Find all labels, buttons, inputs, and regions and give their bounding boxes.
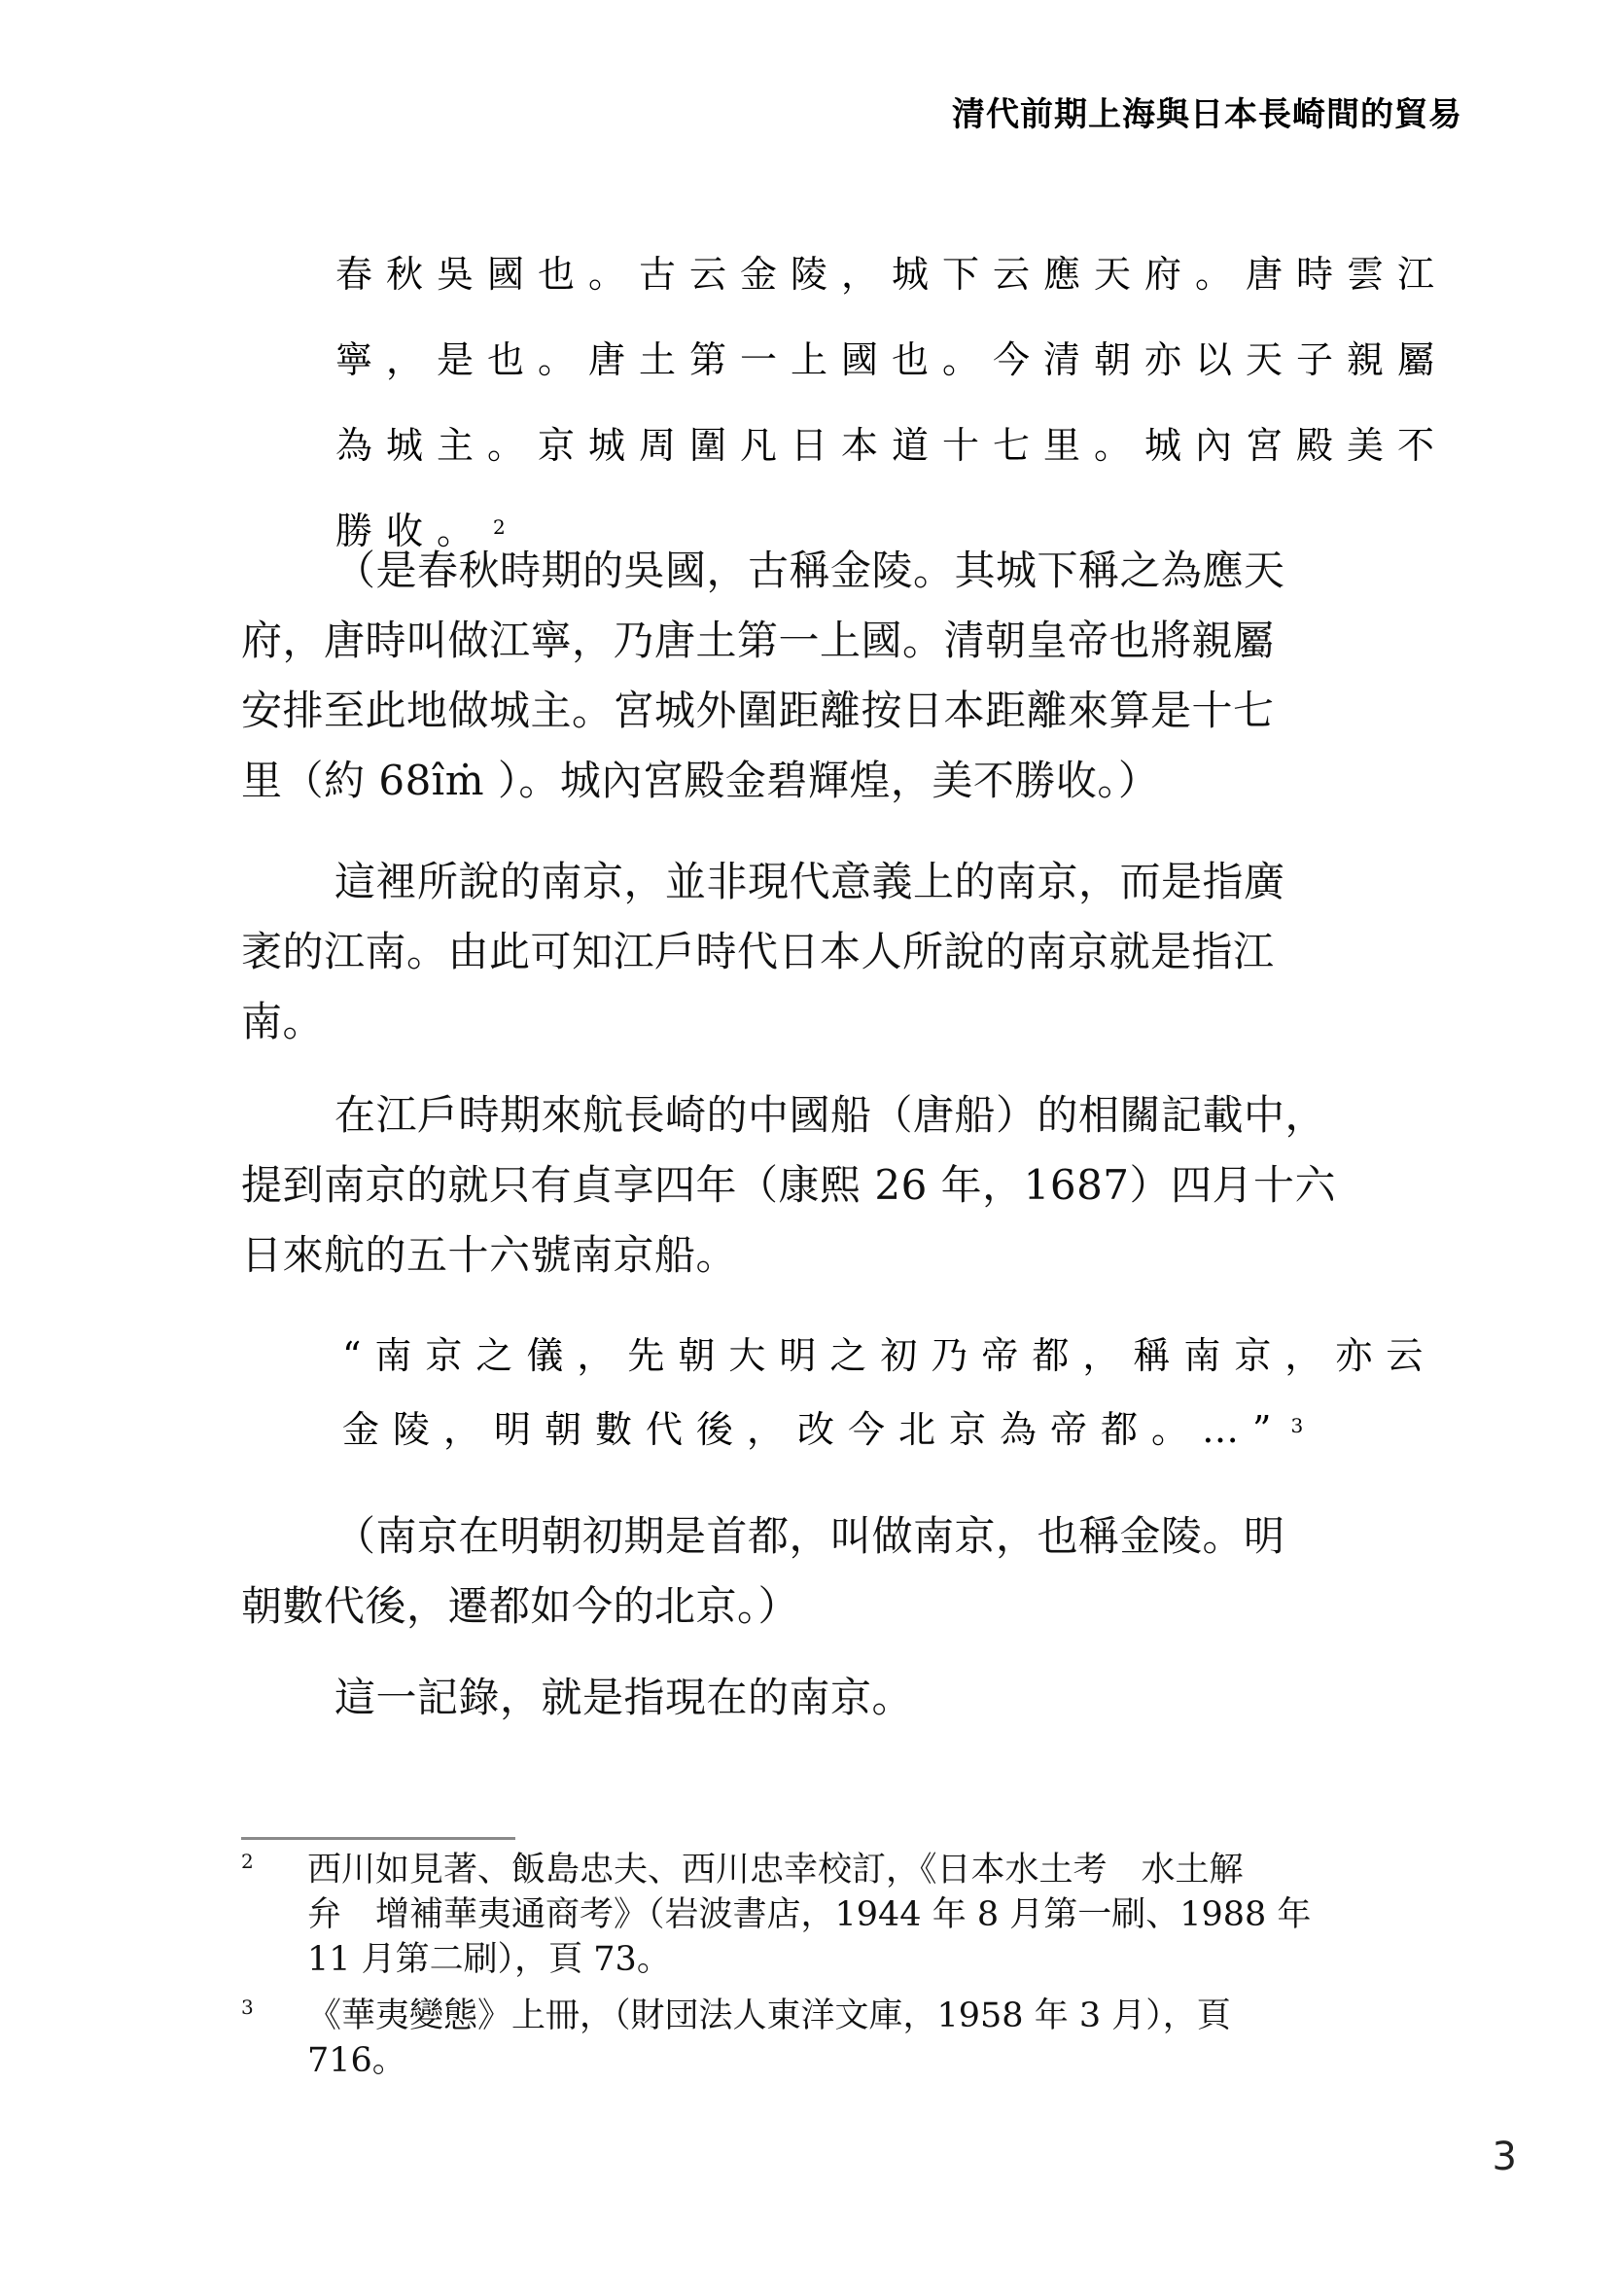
paragraph-line: 袤的江南。由此可知江戶時代日本人所說的南京就是指江 — [241, 917, 1423, 987]
paragraph-line: 里（約 68îṁ ）。城內宮殿金碧輝煌，美不勝收。） — [241, 746, 1423, 816]
paragraph-chinese-ships: 在江戶時期來航長崎的中國船（唐船）的相關記載中， 提到南京的就只有貞享四年（康熙… — [241, 1080, 1423, 1290]
paragraph-line: （是春秋時期的吳國，古稱金陵。其城下稱之為應天 — [241, 536, 1423, 606]
paragraph-conclusion: 這一記錄，就是指現在的南京。 — [241, 1663, 1423, 1733]
footnote-line: 西川如見著、飯島忠夫、西川忠幸校訂，《日本水土考 水土解 — [307, 1848, 1423, 1892]
paragraph-line: 日來航的五十六號南京船。 — [241, 1220, 1423, 1290]
block-quote-1: 春秋吳國也。古云金陵，城下云應天府。唐時雲江 寧，是也。唐土第一上國也。今清朝亦… — [335, 231, 1366, 574]
footnote-line: 11 月第二刷），頁 73。 — [307, 1937, 1423, 1982]
paragraph-line: 在江戶時期來航長崎的中國船（唐船）的相關記載中， — [241, 1080, 1423, 1150]
quote-line: “南京之儀，先朝大明之初乃帝都，稱南京，亦云 — [342, 1319, 1373, 1393]
footnote-number: 2 — [241, 1850, 254, 1873]
quote-line: 寧，是也。唐土第一上國也。今清朝亦以天子親屬 — [335, 317, 1366, 403]
footnote-separator — [241, 1837, 515, 1840]
paragraph-line: 提到南京的就只有貞享四年（康熙 26 年，1687）四月十六 — [241, 1150, 1423, 1220]
paragraph-line: （南京在明朝初期是首都，叫做南京，也稱金陵。明 — [241, 1501, 1423, 1572]
paragraph-line: 南。 — [241, 987, 1423, 1057]
quote-line: 金陵，明朝數代後，改今北京為帝都。…”3 — [342, 1393, 1373, 1466]
footnote-line: 716。 — [307, 2038, 1423, 2083]
quote-line: 春秋吳國也。古云金陵，城下云應天府。唐時雲江 — [335, 231, 1366, 317]
footnote-number: 3 — [241, 1996, 254, 2019]
paragraph-line: 府，唐時叫做江寧，乃唐土第一上國。清朝皇帝也將親屬 — [241, 606, 1423, 676]
page-number: 3 — [1493, 2135, 1517, 2179]
footnote-line: 《華夷變態》上冊，（財団法人東洋文庫，1958 年 3 月），頁 — [307, 1994, 1423, 2038]
paragraph-line: 這一記錄，就是指現在的南京。 — [241, 1663, 1423, 1733]
paragraph-nanjing-meaning: 這裡所說的南京，並非現代意義上的南京，而是指廣 袤的江南。由此可知江戶時代日本人… — [241, 847, 1423, 1057]
footnote-line: 弁 增補華夷通商考》（岩波書店，1944 年 8 月第一刷、1988 年 — [307, 1892, 1423, 1937]
block-quote-2: “南京之儀，先朝大明之初乃帝都，稱南京，亦云 金陵，明朝數代後，改今北京為帝都。… — [342, 1319, 1373, 1466]
paragraph-line: 這裡所說的南京，並非現代意義上的南京，而是指廣 — [241, 847, 1423, 917]
paragraph-translation-1: （是春秋時期的吳國，古稱金陵。其城下稱之為應天 府，唐時叫做江寧，乃唐土第一上國… — [241, 536, 1423, 816]
paragraph-line: 朝數代後，遷都如今的北京。） — [241, 1572, 1423, 1642]
running-header-title: 清代前期上海與日本長崎間的貿易 — [952, 88, 1462, 135]
footnote-ref-3[interactable]: 3 — [1290, 1414, 1303, 1437]
paragraph-line: 安排至此地做城主。宮城外圍距離按日本距離來算是十七 — [241, 676, 1423, 746]
footnote-2: 2 西川如見著、飯島忠夫、西川忠幸校訂，《日本水土考 水土解 弁 增補華夷通商考… — [241, 1848, 1423, 1982]
quote-line: 為城主。京城周圍凡日本道十七里。城內宮殿美不 — [335, 403, 1366, 488]
footnote-3: 3 《華夷變態》上冊，（財団法人東洋文庫，1958 年 3 月），頁 716。 — [241, 1994, 1423, 2083]
paragraph-translation-2: （南京在明朝初期是首都，叫做南京，也稱金陵。明 朝數代後，遷都如今的北京。） — [241, 1501, 1423, 1642]
